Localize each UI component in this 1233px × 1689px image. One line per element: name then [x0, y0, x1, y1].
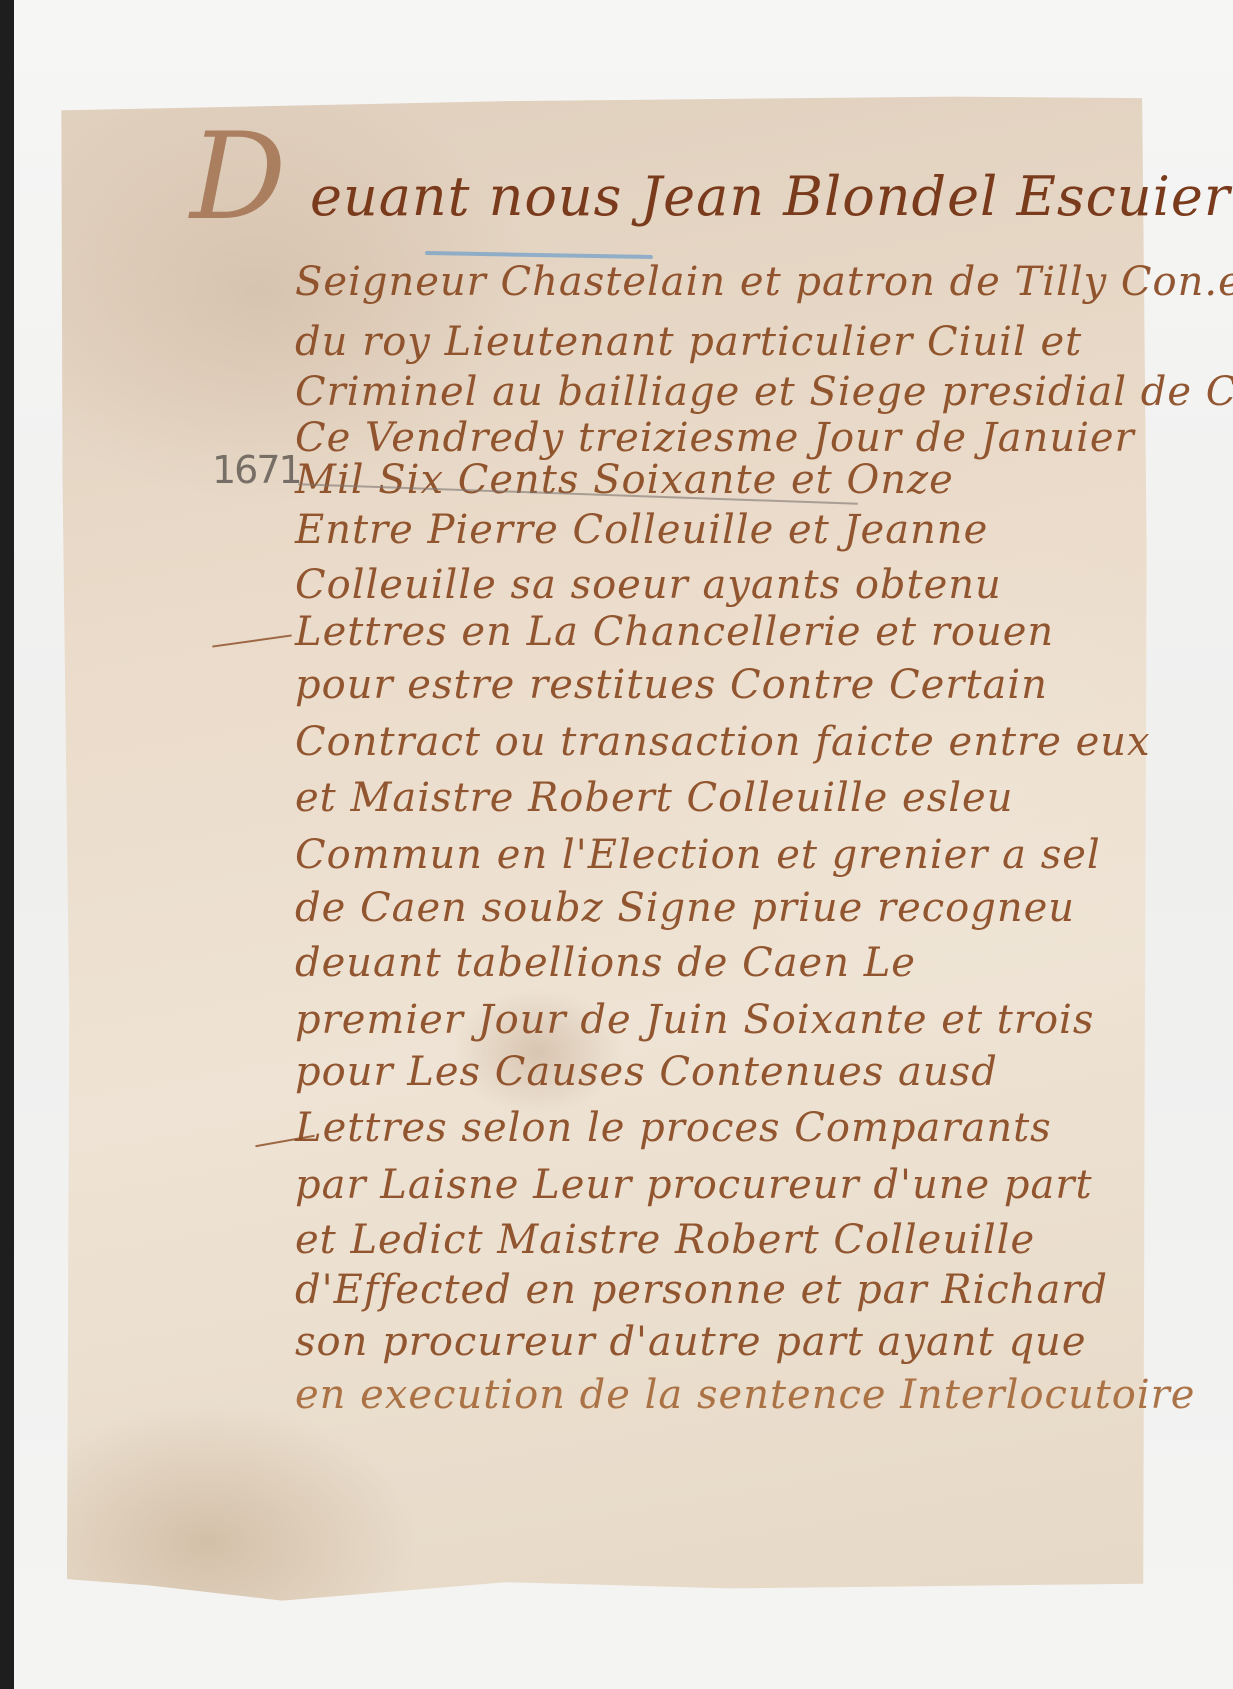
manuscript-line: Criminel au bailliage et Siege presidial… — [295, 372, 1233, 412]
manuscript-line: son procureur d'autre part ayant que — [295, 1322, 1087, 1362]
manuscript-line: de Caen soubz Signe priue recogneu — [295, 888, 1075, 928]
manuscript-line: Colleuille sa soeur ayants obtenu — [295, 565, 1002, 605]
manuscript-line: et Maistre Robert Colleuille esleu — [295, 778, 1013, 818]
manuscript-line: pour Les Causes Contenues ausd — [295, 1052, 998, 1092]
manuscript-line: d'Effected en personne et par Richard — [295, 1270, 1108, 1310]
manuscript-line: Lettres en La Chancellerie et rouen — [295, 612, 1054, 652]
manuscript-line: Ce Vendredy treiziesme Jour de Januier — [295, 418, 1135, 458]
manuscript-line: Seigneur Chastelain et patron de Tilly C… — [295, 262, 1233, 302]
opening-line: euant nous Jean Blondel Escuier — [310, 170, 1231, 224]
manuscript-line: par Laisne Leur procureur d'une part — [295, 1165, 1093, 1205]
manuscript-line: Entre Pierre Colleuille et Jeanne — [295, 510, 988, 550]
manuscript-line: premier Jour de Juin Soixante et trois — [295, 1000, 1094, 1040]
manuscript-line: Contract ou transaction faicte entre eux — [295, 722, 1151, 762]
manuscript-line: Lettres selon le proces Comparants — [295, 1108, 1052, 1148]
line-filler-flourish — [212, 634, 291, 647]
margin-date-note: 1671 — [212, 448, 301, 492]
manuscript-line: Commun en l'Election et grenier a sel — [295, 835, 1101, 875]
manuscript-text: D euant nous Jean Blondel Escuier Seigne… — [0, 0, 1233, 1689]
decorative-initial: D — [190, 118, 286, 238]
manuscript-line: deuant tabellions de Caen Le — [295, 943, 916, 983]
manuscript-line: du roy Lieutenant particulier Ciuil et — [295, 322, 1082, 362]
manuscript-line: pour estre restitues Contre Certain — [295, 665, 1048, 705]
blue-pencil-underline — [425, 251, 653, 259]
manuscript-line: et Ledict Maistre Robert Colleuille — [295, 1220, 1035, 1260]
manuscript-line: en execution de la sentence Interlocutoi… — [295, 1375, 1195, 1415]
